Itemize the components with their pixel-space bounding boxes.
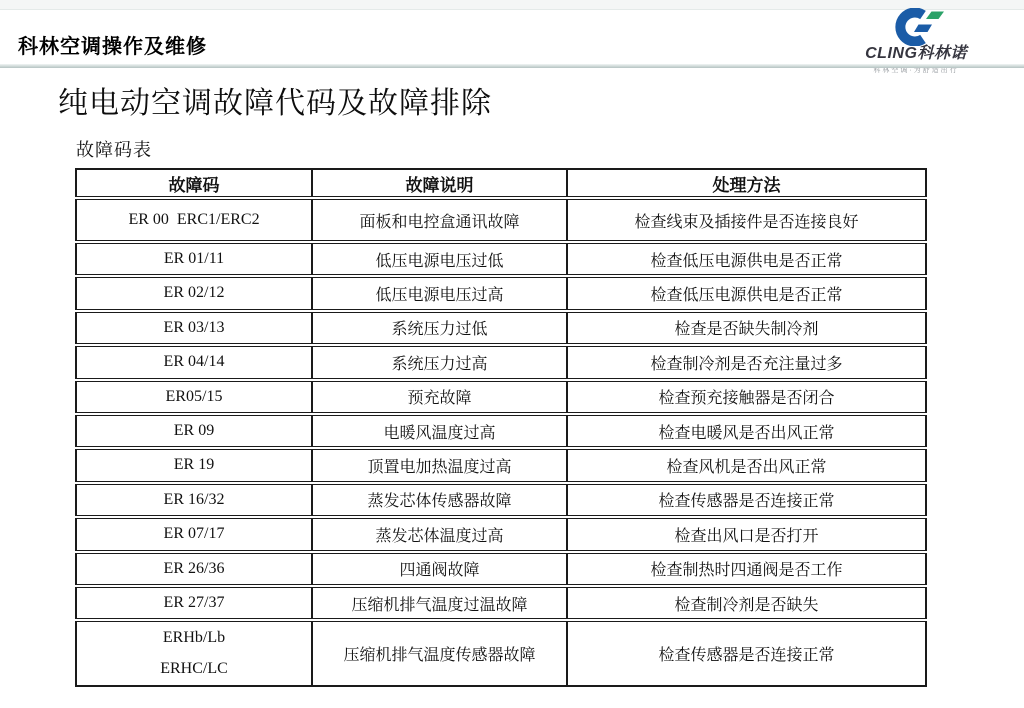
cell-action: 检查预充接触器是否闭合	[567, 380, 926, 414]
table-row: ERHb/Lb ERHC/LC压缩机排气温度传感器故障检查传感器是否连接正常	[76, 620, 926, 686]
cell-desc: 低压电源电压过低	[312, 242, 567, 276]
table-row: ER 00 ERC1/ERC2面板和电控盒通讯故障检查线束及插接件是否连接良好	[76, 198, 926, 242]
cell-action: 检查传感器是否连接正常	[567, 620, 926, 686]
cell-action: 检查电暖风是否出风正常	[567, 414, 926, 448]
cell-action: 检查制冷剂是否缺失	[567, 586, 926, 620]
cell-code: ER 09	[76, 414, 312, 448]
cell-code: ER 26/36	[76, 552, 312, 586]
main-title: 纯电动空调故障代码及故障排除	[58, 78, 492, 122]
cell-desc: 蒸发芯体传感器故障	[312, 483, 567, 517]
table-row: ER 26/36四通阀故障检查制热时四通阀是否工作	[76, 552, 926, 586]
table-row: ER 09电暖风温度过高检查电暖风是否出风正常	[76, 414, 926, 448]
cell-action: 检查是否缺失制冷剂	[567, 311, 926, 345]
cell-action: 检查风机是否出风正常	[567, 448, 926, 482]
cell-action: 检查出风口是否打开	[567, 517, 926, 551]
cell-action: 检查线束及插接件是否连接良好	[567, 198, 926, 242]
cell-action: 检查制冷剂是否充注量过多	[567, 345, 926, 379]
cell-code: ER 19	[76, 448, 312, 482]
col-header-fault-code: 故障码	[76, 169, 312, 198]
cell-code: ER 03/13	[76, 311, 312, 345]
cell-code: ERHb/Lb ERHC/LC	[76, 620, 312, 686]
table-row: ER 01/11低压电源电压过低检查低压电源供电是否正常	[76, 242, 926, 276]
cell-desc: 面板和电控盒通讯故障	[312, 198, 567, 242]
brand-logo-text: CLING科林诺	[836, 46, 996, 63]
brand-logo-icon	[885, 8, 947, 46]
cell-code: ER05/15	[76, 380, 312, 414]
cell-desc: 顶置电加热温度过高	[312, 448, 567, 482]
cell-desc: 低压电源电压过高	[312, 276, 567, 310]
table-row: ER 04/14系统压力过高检查制冷剂是否充注量过多	[76, 345, 926, 379]
page-header-title: 科林空调操作及维修	[18, 30, 207, 59]
cell-code: ER 01/11	[76, 242, 312, 276]
table-row: ER05/15预充故障检查预充接触器是否闭合	[76, 380, 926, 414]
cell-action: 检查制热时四通阀是否工作	[567, 552, 926, 586]
cell-desc: 四通阀故障	[312, 552, 567, 586]
cell-desc: 系统压力过高	[312, 345, 567, 379]
table-label: 故障码表	[76, 136, 152, 162]
table-row: ER 19顶置电加热温度过高检查风机是否出风正常	[76, 448, 926, 482]
cell-desc: 预充故障	[312, 380, 567, 414]
table-row: ER 03/13系统压力过低检查是否缺失制冷剂	[76, 311, 926, 345]
cell-action: 检查低压电源供电是否正常	[567, 276, 926, 310]
fault-code-table: 故障码 故障说明 处理方法 ER 00 ERC1/ERC2面板和电控盒通讯故障检…	[75, 168, 927, 687]
cell-action: 检查传感器是否连接正常	[567, 483, 926, 517]
cell-code: ER 02/12	[76, 276, 312, 310]
cell-desc: 蒸发芯体温度过高	[312, 517, 567, 551]
cell-desc: 压缩机排气温度传感器故障	[312, 620, 567, 686]
cell-code: ER 07/17	[76, 517, 312, 551]
table-row: ER 27/37压缩机排气温度过温故障检查制冷剂是否缺失	[76, 586, 926, 620]
cell-code: ER 16/32	[76, 483, 312, 517]
col-header-handling-method: 处理方法	[567, 169, 926, 198]
cell-desc: 系统压力过低	[312, 311, 567, 345]
table-row: ER 16/32蒸发芯体传感器故障检查传感器是否连接正常	[76, 483, 926, 517]
table-row: ER 02/12低压电源电压过高检查低压电源供电是否正常	[76, 276, 926, 310]
header-divider-line	[0, 64, 1024, 68]
table-header-row: 故障码 故障说明 处理方法	[76, 169, 926, 198]
cell-code: ER 27/37	[76, 586, 312, 620]
cell-action: 检查低压电源供电是否正常	[567, 242, 926, 276]
slide-page: 科林空调操作及维修 CLING科林诺 科林空调·为舒适出行 纯电动空调故障代码及…	[0, 0, 1024, 708]
cell-code: ER 04/14	[76, 345, 312, 379]
cell-desc: 电暖风温度过高	[312, 414, 567, 448]
cell-code: ER 00 ERC1/ERC2	[76, 198, 312, 242]
table-row: ER 07/17蒸发芯体温度过高检查出风口是否打开	[76, 517, 926, 551]
col-header-fault-description: 故障说明	[312, 169, 567, 198]
cell-desc: 压缩机排气温度过温故障	[312, 586, 567, 620]
